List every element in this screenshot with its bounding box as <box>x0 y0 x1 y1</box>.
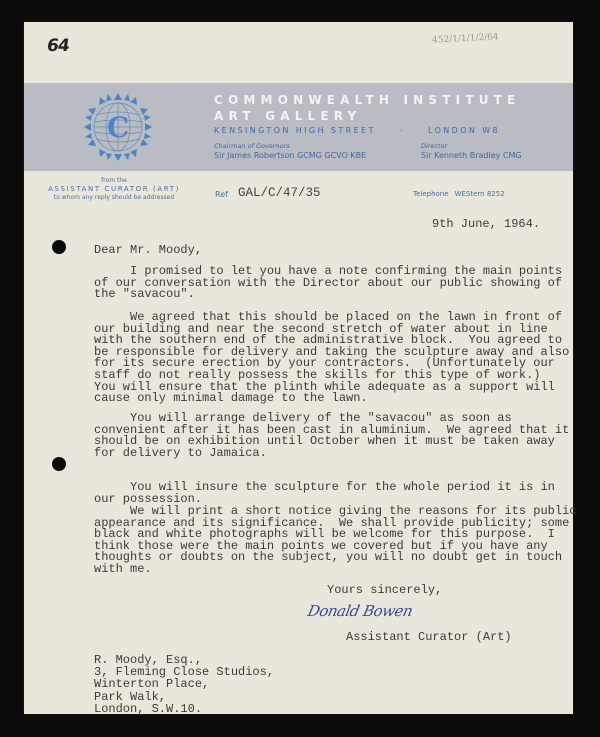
organization-name: COMMONWEALTH INSTITUTE <box>214 93 520 107</box>
punch-hole <box>52 240 66 254</box>
body-paragraph: I promised to let you have a note confir… <box>94 266 562 301</box>
handwritten-number: 64 <box>46 36 70 56</box>
from-block: from the ASSISTANT CURATOR (ART) to whom… <box>24 177 204 201</box>
from-line-2: ASSISTANT CURATOR (ART) <box>24 185 204 193</box>
address-separator: · <box>400 126 405 135</box>
reference-value: GAL/C/47/35 <box>238 186 321 200</box>
chairman-name: Sir James Robertson GCMG GCVO KBE <box>214 151 366 160</box>
salutation: Dear Mr. Moody, <box>94 245 202 257</box>
closing: Yours sincerely, <box>327 585 442 597</box>
letter-page: 64 452/1/1/1/2/64 <box>24 22 573 714</box>
telephone: TelephoneWEStern 8252 <box>413 190 505 198</box>
director-name: Sir Kenneth Bradley CMG <box>421 151 522 160</box>
body-paragraph: We will print a short notice giving the … <box>94 506 576 576</box>
address-city: LONDON W8 <box>428 126 500 135</box>
body-paragraph: You will arrange delivery of the "savaco… <box>94 413 569 459</box>
address-street: KENSINGTON HIGH STREET <box>214 126 376 135</box>
letter-date: 9th June, 1964. <box>432 219 540 231</box>
signature: Donald Bowen <box>306 602 414 620</box>
from-line-1: from the <box>24 177 204 184</box>
globe-c-logo-icon: C <box>80 89 156 165</box>
director-label: Director <box>421 142 447 150</box>
telephone-number: WEStern 8252 <box>455 190 505 198</box>
punch-hole <box>52 457 66 471</box>
telephone-label: Telephone <box>413 190 449 198</box>
svg-text:C: C <box>107 111 129 144</box>
reference-label: Ref <box>215 190 228 199</box>
letterhead-band: C COMMONWEALTH INSTITUTE ART GALLERY KEN… <box>24 83 573 171</box>
chairman-label: Chairman of Governors <box>214 142 290 150</box>
archive-reference: 452/1/1/1/2/64 <box>432 32 499 45</box>
body-paragraph: We agreed that this should be placed on … <box>94 312 569 405</box>
signatory-title: Assistant Curator (Art) <box>346 632 512 644</box>
recipient-address: R. Moody, Esq., 3, Fleming Close Studios… <box>94 654 274 715</box>
department-name: ART GALLERY <box>214 109 361 123</box>
from-line-3: to whom any reply should be addressed <box>24 194 204 201</box>
body-paragraph: You will insure the sculpture for the wh… <box>94 482 555 505</box>
